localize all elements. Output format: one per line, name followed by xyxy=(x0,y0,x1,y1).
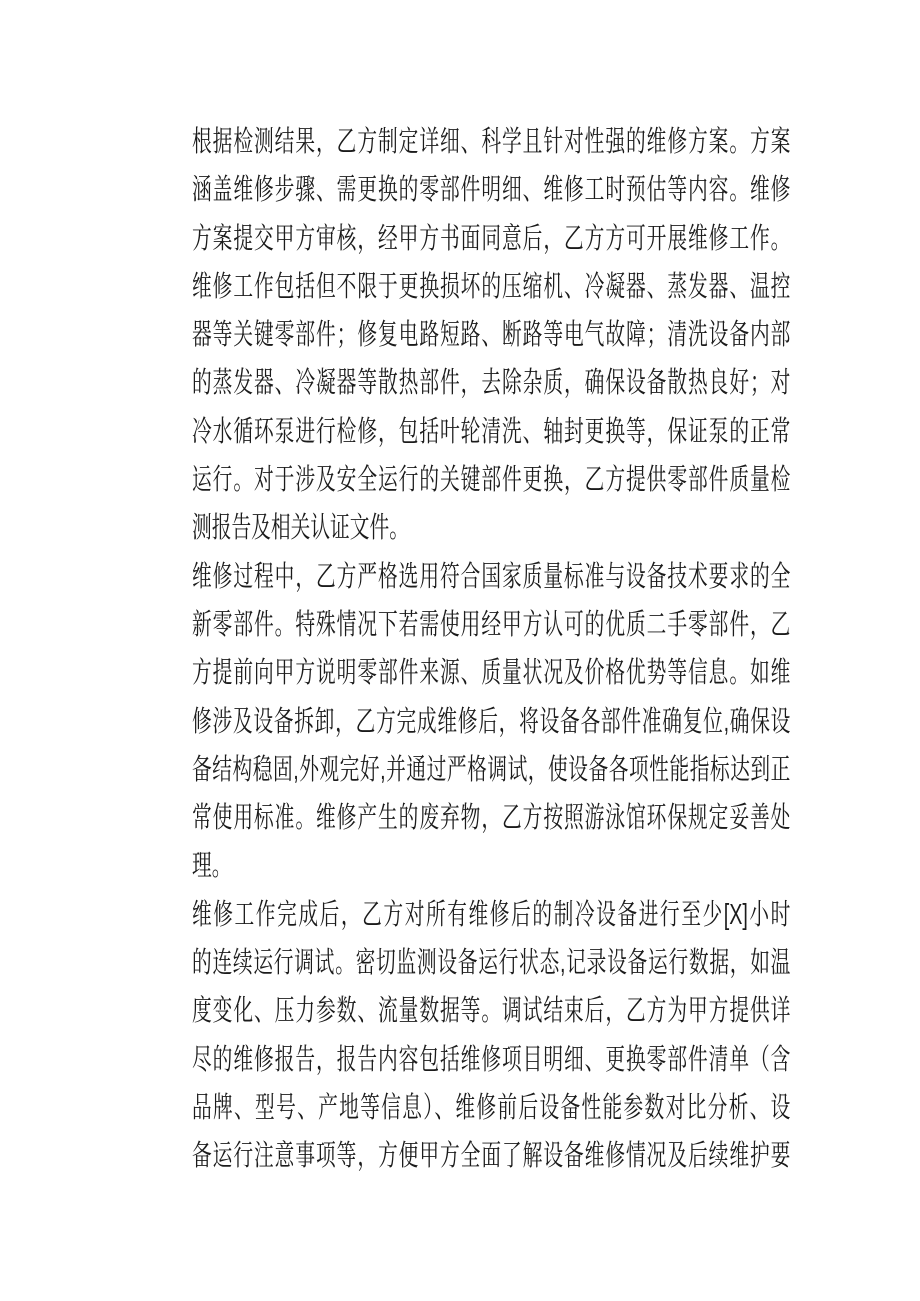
text-line: 维修工作包括但不限于更换损坏的压缩机、冷凝器、蒸发器、温控 xyxy=(192,263,790,311)
contract-text-block: 3．根据检测结果，乙方制定详细、科学且针对性强的维修方案。方案 涵盖维修步骤、需… xyxy=(192,118,920,1181)
line-text: 维修过程中，乙方严格选用符合国家质量标准与设备技术要求的全 xyxy=(192,561,790,593)
text-line: 度变化、压力参数、流量数据等。调试结束后，乙方为甲方提供详 xyxy=(192,987,790,1035)
text-line: 3．根据检测结果，乙方制定详细、科学且针对性强的维修方案。方案 xyxy=(192,118,790,166)
text-line: 品牌、型号、产地等信息）、维修前后设备性能参数对比分析、设 xyxy=(192,1084,790,1132)
text-line: 方案提交甲方审核，经甲方书面同意后，乙方方可开展维修工作。 xyxy=(192,215,790,263)
text-line: 尽的维修报告，报告内容包括维修项目明细、更换零部件清单（含 xyxy=(192,1036,790,1084)
item-number: 5． xyxy=(192,891,194,939)
text-line: 方提前向甲方说明零部件来源、质量状况及价格优势等信息。如维 xyxy=(192,649,790,697)
text-line: 的连续运行调试。密切监测设备运行状态,记录设备运行数据，如温 xyxy=(192,939,790,987)
contract-item-5: 5．维修工作完成后，乙方对所有维修后的制冷设备进行至少[X]小时 的连续运行调试… xyxy=(192,891,920,1181)
contract-item-3: 3．根据检测结果，乙方制定详细、科学且针对性强的维修方案。方案 涵盖维修步骤、需… xyxy=(192,118,920,553)
text-line: 的蒸发器、冷凝器等散热部件，去除杂质，确保设备散热良好；对 xyxy=(192,359,790,407)
text-line: 5．维修工作完成后，乙方对所有维修后的制冷设备进行至少[X]小时 xyxy=(192,891,790,939)
text-line: 理。 xyxy=(192,842,790,890)
text-line: 测报告及相关认证文件。 xyxy=(192,504,790,552)
text-line: 器等关键零部件；修复电路短路、断路等电气故障；清洗设备内部 xyxy=(192,311,790,359)
line-text: 根据检测结果，乙方制定详细、科学且针对性强的维修方案。方案 xyxy=(192,126,790,158)
contract-item-4: 4．维修过程中，乙方严格选用符合国家质量标准与设备技术要求的全 新零部件。特殊情… xyxy=(192,553,920,891)
line-text: 维修工作完成后，乙方对所有维修后的制冷设备进行至少[X]小时 xyxy=(192,899,790,931)
text-line: 新零部件。特殊情况下若需使用经甲方认可的优质二手零部件，乙 xyxy=(192,601,790,649)
text-line: 常使用标准。维修产生的废弃物，乙方按照游泳馆环保规定妥善处 xyxy=(192,794,790,842)
text-line: 备结构稳固,外观完好,并通过严格调试，使设备各项性能指标达到正 xyxy=(192,746,790,794)
item-number: 3． xyxy=(192,118,194,166)
text-line: 运行。对于涉及安全运行的关键部件更换，乙方提供零部件质量检 xyxy=(192,456,790,504)
document-page: 3．根据检测结果，乙方制定详细、科学且针对性强的维修方案。方案 涵盖维修步骤、需… xyxy=(0,0,920,1301)
text-line: 涵盖维修步骤、需更换的零部件明细、维修工时预估等内容。维修 xyxy=(192,166,790,214)
text-line: 备运行注意事项等，方便甲方全面了解设备维修情况及后续维护要 xyxy=(192,1132,790,1180)
text-line: 冷水循环泵进行检修，包括叶轮清洗、轴封更换等，保证泵的正常 xyxy=(192,408,790,456)
text-line: 4．维修过程中，乙方严格选用符合国家质量标准与设备技术要求的全 xyxy=(192,553,790,601)
item-number: 4． xyxy=(192,553,194,601)
text-line: 修涉及设备拆卸，乙方完成维修后，将设备各部件准确复位,确保设 xyxy=(192,698,790,746)
